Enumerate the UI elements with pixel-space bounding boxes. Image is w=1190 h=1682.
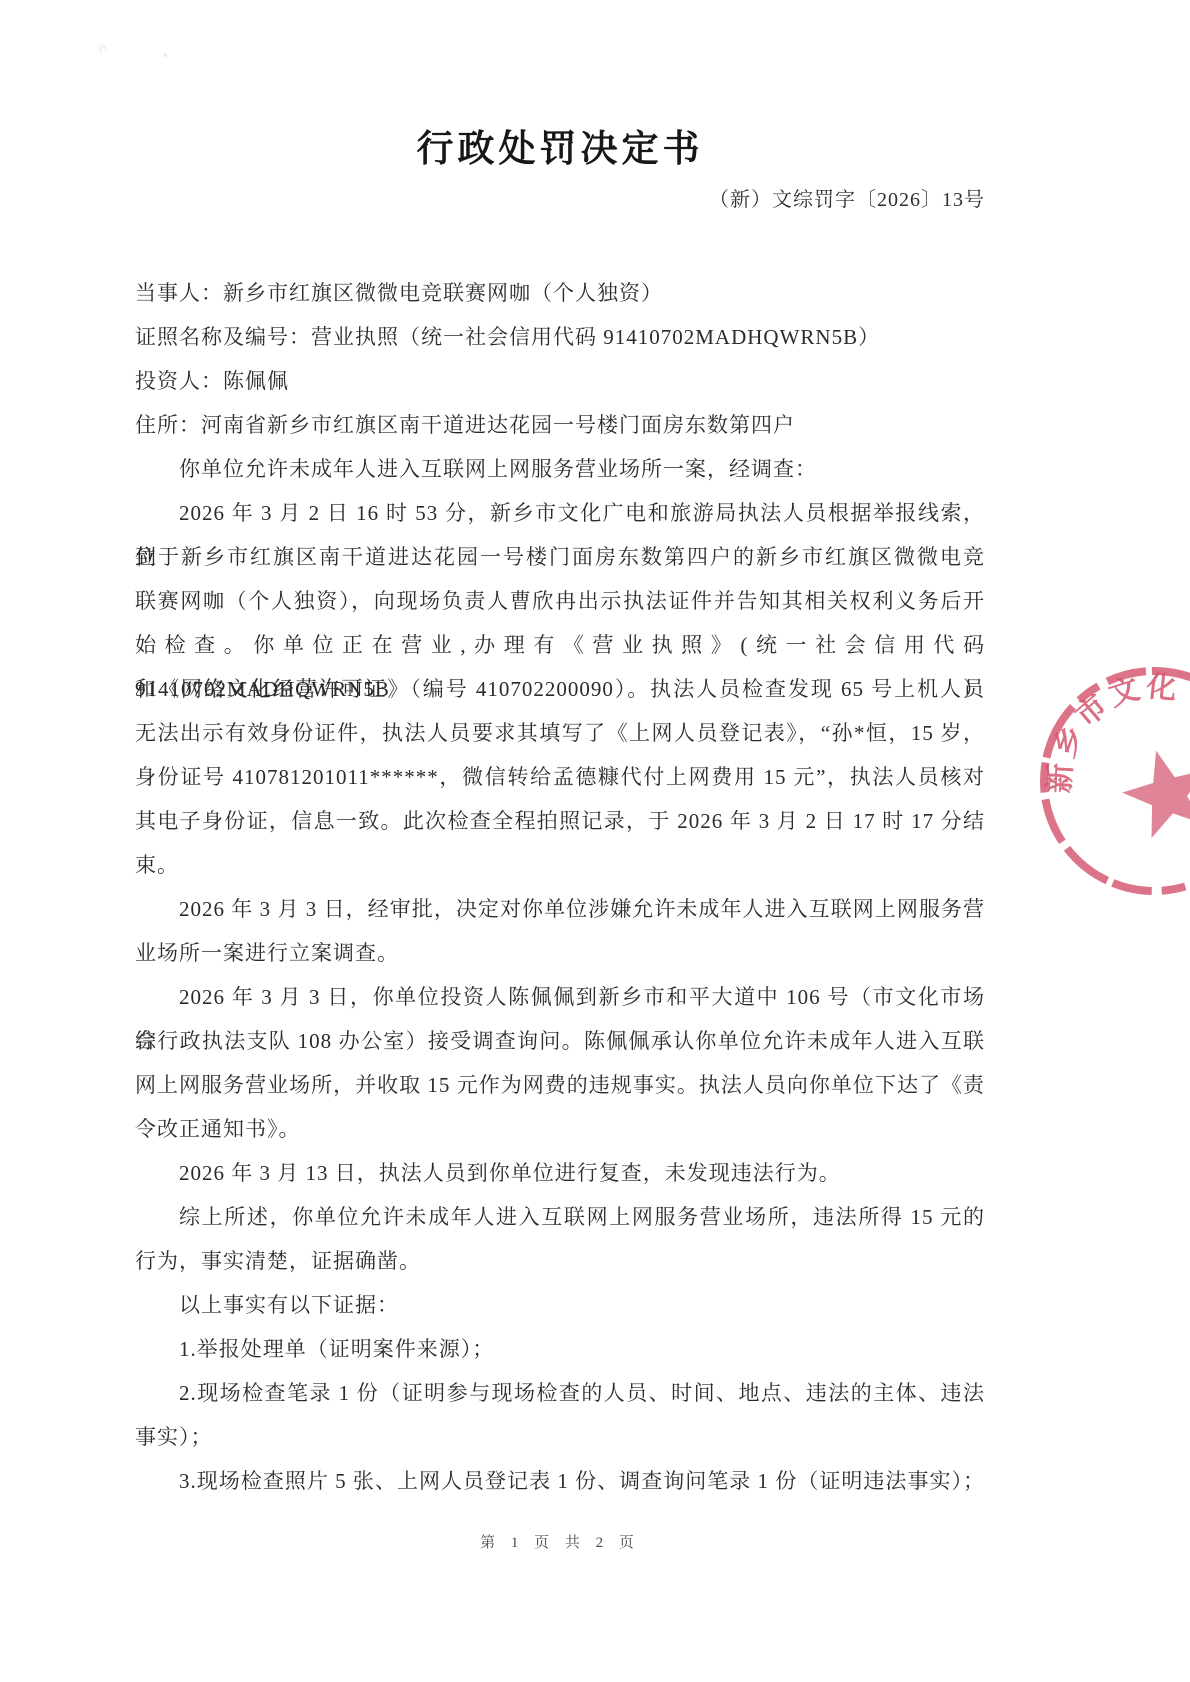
body-text: 当事人：新乡市红旗区微微电竞联赛网咖（个人独资）证照名称及编号：营业执照（统一社… [135,271,985,1503]
text-line: 位于新乡市红旗区南干道进达花园一号楼门面房东数第四户的新乡市红旗区微微电竞 [135,535,985,579]
text-line: 2026 年 3 月 13 日，执法人员到你单位进行复查，未发现违法行为。 [135,1151,985,1195]
text-line: 和《网络文化经营许可证》（编号 410702200090）。执法人员检查发现 6… [135,667,985,711]
text-line: 2026 年 3 月 3 日，经审批，决定对你单位涉嫌允许未成年人进入互联网上网… [135,887,985,931]
text-line: 证照名称及编号：营业执照（统一社会信用代码 91410702MADHQWRN5B… [135,315,985,359]
document-title: 行政处罚决定书 [135,126,985,174]
text-line: 以上事实有以下证据： [135,1283,985,1327]
scan-smudge: + [161,50,169,63]
text-line: 住所：河南省新乡市红旗区南干道进达花园一号楼门面房东数第四户 [135,403,985,447]
text-line: 当事人：新乡市红旗区微微电竞联赛网咖（个人独资） [135,271,985,315]
seal-ring [1044,671,1190,891]
text-line: 2026 年 3 月 3 日，你单位投资人陈佩佩到新乡市和平大道中 106 号（… [135,975,985,1019]
page-footer: 第 1 页 共 2 页 [135,1530,985,1556]
text-line: 其电子身份证，信息一致。此次检查全程拍照记录，于 2026 年 3 月 2 日 … [135,799,985,843]
text-line: 事实）； [135,1415,985,1459]
text-line: 投资人：陈佩佩 [135,359,985,403]
text-line: 无法出示有效身份证件，执法人员要求其填写了《上网人员登记表》，“孙*恒，15 岁… [135,711,985,755]
document-number: （新）文综罚字〔2026〕13号 [135,186,985,214]
text-line: 合行政执法支队 108 办公室）接受调查询问。陈佩佩承认你单位允许未成年人进入互… [135,1019,985,1063]
text-line: 始检查。你单位正在营业,办理有《营业执照》(统一社会信用代码 91410702M… [135,623,985,667]
seal-star-icon [1122,751,1190,838]
scan-smudge: ∩ [96,39,109,57]
text-line: 行为，事实清楚，证据确凿。 [135,1239,985,1283]
text-line: 综上所述，你单位允许未成年人进入互联网上网服务营业场所，违法所得 15 元的 [135,1195,985,1239]
text-line: 2.现场检查笔录 1 份（证明参与现场检查的人员、时间、地点、违法的主体、违法 [135,1371,985,1415]
text-line: 业场所一案进行立案调查。 [135,931,985,975]
svg-text:新乡市文化: 新乡市文化 [1043,670,1182,794]
seal-arc-text: 新乡市文化 [1043,670,1182,794]
text-line: 2026 年 3 月 2 日 16 时 53 分，新乡市文化广电和旅游局执法人员… [135,491,985,535]
text-line: 网上网服务营业场所，并收取 15 元作为网费的违规事实。执法人员向你单位下达了《… [135,1063,985,1107]
text-line: 束。 [135,843,985,887]
text-line: 身份证号 410781201011******，微信转给孟德糠代付上网费用 15… [135,755,985,799]
penalty-decision-document-page: ∩ + 行政处罚决定书 （新）文综罚字〔2026〕13号 当事人：新乡市红旗区微… [0,0,1190,1682]
text-line: 3.现场检查照片 5 张、上网人员登记表 1 份、调查询问笔录 1 份（证明违法… [135,1459,985,1503]
text-line: 令改正通知书》。 [135,1107,985,1151]
text-line: 1.举报处理单（证明案件来源）； [135,1327,985,1371]
text-line: 你单位允许未成年人进入互联网上网服务营业场所一案，经调查： [135,447,985,491]
text-line: 联赛网咖（个人独资），向现场负责人曹欣冉出示执法证件并告知其相关权利义务后开 [135,579,985,623]
